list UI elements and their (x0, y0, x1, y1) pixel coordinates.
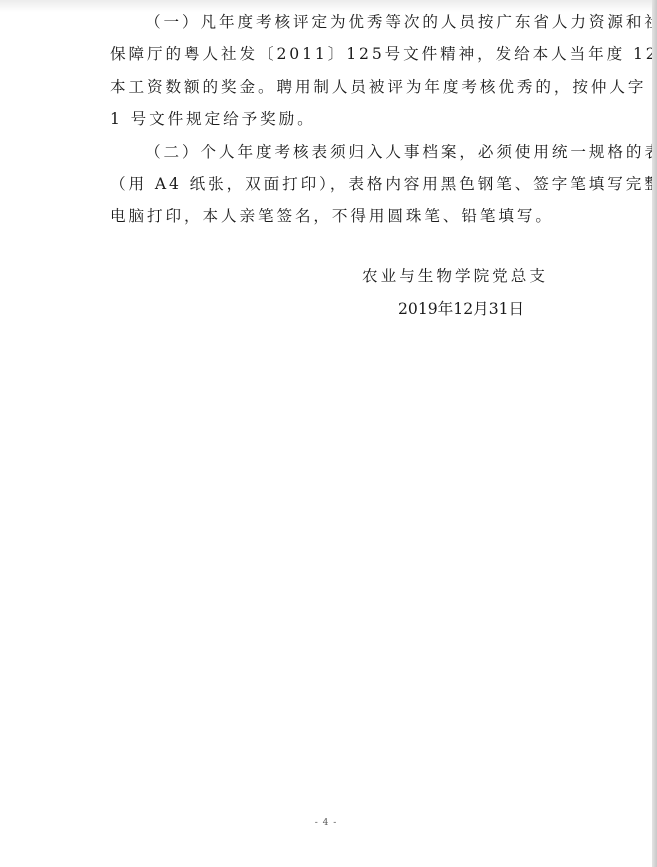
paragraph-line: 保障厅的粤人社发〔2011〕125号文件精神，发给本人当年度 12 月份基 (75, 38, 595, 70)
signature-organization: 农业与生物学院党总支 (362, 264, 548, 286)
paragraph-line: 1 号文件规定给予奖励。 (75, 103, 595, 135)
paragraph-line: （一）凡年度考核评定为优秀等次的人员按广东省人力资源和社会 (75, 6, 595, 38)
document-page: （一）凡年度考核评定为优秀等次的人员按广东省人力资源和社会 保障厅的粤人社发〔2… (0, 0, 652, 867)
document-body: （一）凡年度考核评定为优秀等次的人员按广东省人力资源和社会 保障厅的粤人社发〔2… (75, 6, 595, 233)
paragraph-line: （用 A4 纸张，双面打印），表格内容用黑色钢笔、签字笔填写完整或 (75, 168, 595, 200)
paragraph-line: 本工资数额的奖金。聘用制人员被评为年度考核优秀的，按仲人字〔2015〕 (75, 71, 595, 103)
page-edge-shadow (652, 0, 657, 867)
signature-date: 2019年12月31日 (398, 297, 524, 319)
paragraph-1: （一）凡年度考核评定为优秀等次的人员按广东省人力资源和社会 保障厅的粤人社发〔2… (75, 6, 595, 136)
paragraph-2: （二）个人年度考核表须归入人事档案，必须使用统一规格的表格 （用 A4 纸张，双… (75, 136, 595, 233)
paragraph-line: 电脑打印，本人亲笔签名，不得用圆珠笔、铅笔填写。 (75, 200, 595, 232)
page-number: - 4 - (0, 818, 652, 828)
paragraph-line: （二）个人年度考核表须归入人事档案，必须使用统一规格的表格 (75, 136, 595, 168)
